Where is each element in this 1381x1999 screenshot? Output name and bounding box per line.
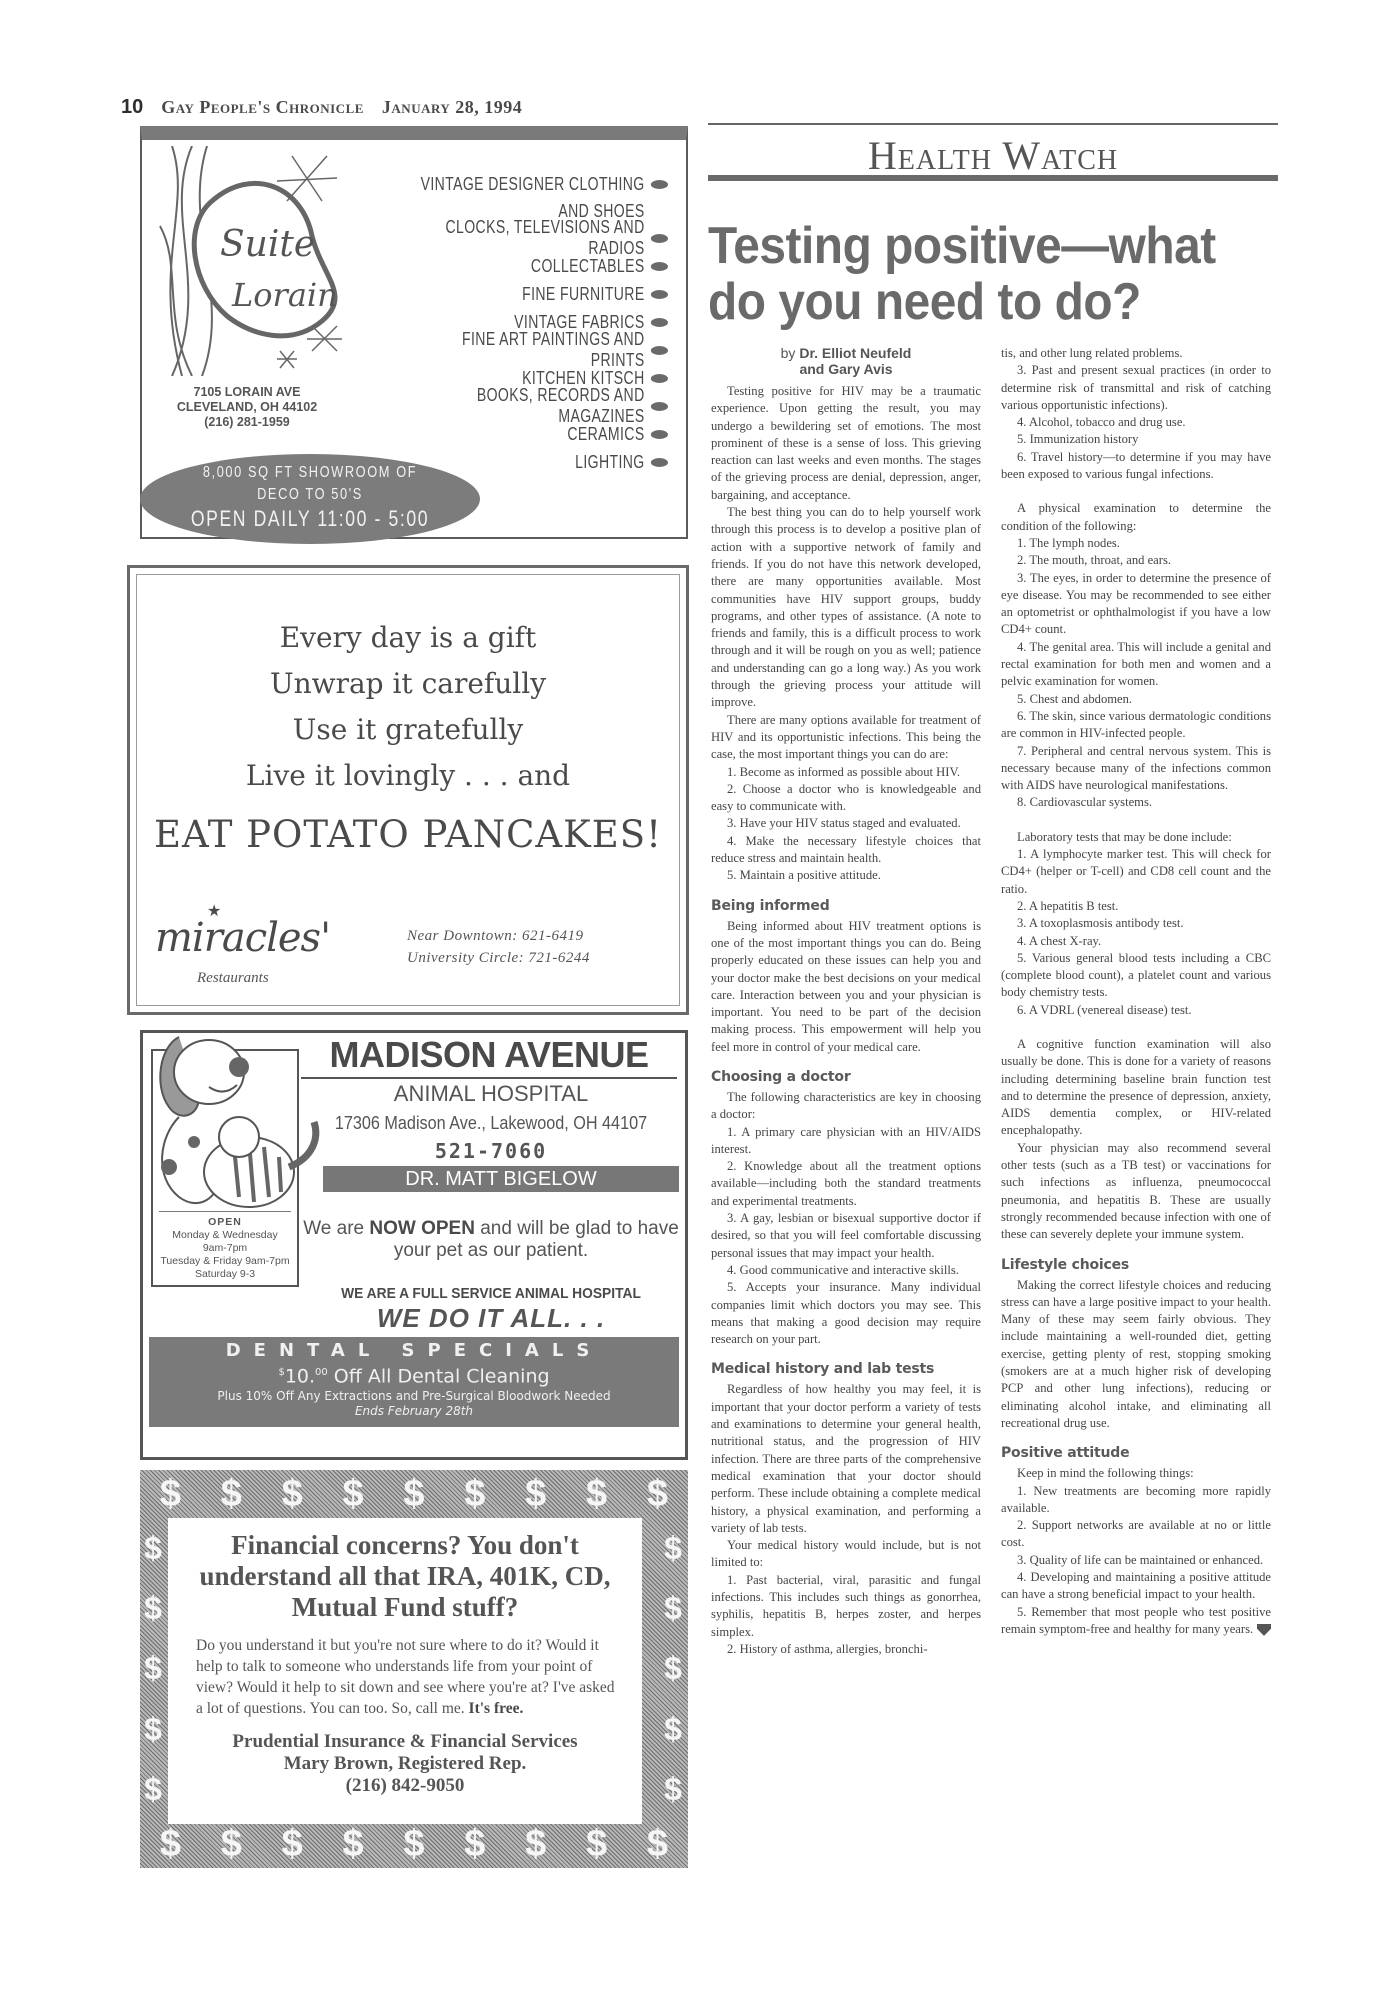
subhead-choosing-doctor: Choosing a doctor: [711, 1068, 981, 1086]
list-item: 1. A lymphocyte marker test. This will c…: [1001, 846, 1271, 898]
article-column-1: by Dr. Elliot Neufeld and Gary Avis Test…: [711, 345, 981, 1658]
madison-phone: 521-7060: [303, 1139, 679, 1163]
paragraph: tis, and other lung related problems.: [1001, 345, 1271, 362]
list-item: 3. A toxoplasmosis antibody test.: [1001, 915, 1271, 932]
suite-lorain-logo-icon: Suite Lorain: [152, 146, 352, 376]
suite-lorain-address: 7105 LORAIN AVE CLEVELAND, OH 44102 (216…: [142, 385, 352, 430]
issue-date: January 28, 1994: [382, 97, 522, 118]
paragraph: There are many options available for tre…: [711, 712, 981, 764]
list-item: Ceramics: [411, 420, 668, 448]
dollar-sign-icon: $: [282, 1473, 303, 1516]
dollar-sign-icon: $: [342, 1473, 363, 1516]
paragraph: Being informed about HIV treatment optio…: [711, 918, 981, 1056]
dollar-sign-icon: $: [664, 1650, 682, 1687]
madison-we-do-it-all: WE DO IT ALL. . .: [303, 1303, 679, 1334]
miracles-slogan: EAT POTATO PANCAKES!: [137, 813, 679, 856]
list-item: 5. Maintain a positive attitude.: [711, 867, 981, 884]
ad-suite-lorain: Suite Lorain 7105 LORAIN AVE CLEVELAND, …: [140, 126, 688, 539]
subhead-lifestyle-choices: Lifestyle choices: [1001, 1256, 1271, 1274]
subhead-being-informed: Being informed: [711, 897, 981, 915]
list-item: 8. Cardiovascular systems.: [1001, 794, 1271, 811]
list-item: 5. Various general blood tests including…: [1001, 950, 1271, 1002]
dollar-sign-icon: $: [342, 1823, 363, 1866]
bullet-icon: [651, 290, 668, 299]
list-item: 4. The genital area. This will include a…: [1001, 639, 1271, 691]
ad-prudential-financial: $ $ $ $ $ $ $ $ $ $ $ $ $ $ $ $ $ $ $ $ …: [140, 1470, 688, 1868]
dollar-sign-icon: $: [664, 1771, 682, 1808]
bullet-icon: [651, 430, 668, 439]
paragraph: Testing positive for HIV may be a trauma…: [711, 383, 981, 504]
dollar-sign-border-left: $ $ $ $ $: [140, 1518, 166, 1820]
paragraph: Regardless of how healthy you may feel, …: [711, 1381, 981, 1537]
list-item: 6. Travel history—to determine if you ma…: [1001, 449, 1271, 484]
bullet-icon: [651, 402, 668, 411]
list-item: 4. Alcohol, tobacco and drug use.: [1001, 414, 1271, 431]
miracles-logo: ★ miracles': [155, 915, 330, 961]
list-item: 1. Become as informed as possible about …: [711, 764, 981, 781]
bullet-icon: [651, 458, 668, 467]
article-column-2: tis, and other lung related problems. 3.…: [1001, 345, 1271, 1638]
list-item: 3. A gay, lesbian or bisexual supportive…: [711, 1210, 981, 1262]
madison-doctor: DR. MATT BIGELOW: [323, 1166, 679, 1192]
list-item: Vintage Designer Clothing: [411, 170, 668, 198]
list-item: 1. New treatments are becoming more rapi…: [1001, 1483, 1271, 1518]
madison-address: 17306 Madison Ave., Lakewood, OH 44107: [322, 1113, 660, 1134]
suite-lorain-showroom-oval: 8,000 SQ FT SHOWROOM OF DECO TO 50'S OPE…: [140, 454, 480, 544]
list-item: Fine Furniture: [411, 280, 668, 308]
article-byline: by Dr. Elliot Neufeld and Gary Avis: [711, 345, 981, 377]
dollar-sign-icon: $: [144, 1530, 162, 1567]
madison-title: MADISON AVENUE: [301, 1033, 677, 1079]
list-item: 4. Developing and maintaining a positive…: [1001, 1569, 1271, 1604]
dollar-sign-icon: $: [144, 1711, 162, 1748]
dollar-sign-icon: $: [647, 1823, 668, 1866]
svg-text:Suite: Suite: [220, 224, 315, 265]
list-item: Collectables: [411, 252, 668, 280]
section-rule-top: [708, 123, 1278, 125]
dollar-sign-icon: $: [525, 1473, 546, 1516]
svg-text:Lorain: Lorain: [231, 276, 338, 314]
list-item: Books, Records and Magazines: [411, 392, 668, 420]
dollar-sign-border-top: $ $ $ $ $ $ $ $ $: [140, 1472, 688, 1516]
list-item: 2. Choose a doctor who is knowledgeable …: [711, 781, 981, 816]
miracles-phone-numbers: Near Downtown: 621-6419 University Circl…: [407, 925, 590, 969]
bullet-icon: [651, 318, 668, 327]
bullet-icon: [651, 346, 668, 355]
dollar-sign-icon: $: [221, 1473, 242, 1516]
dollar-sign-icon: $: [664, 1590, 682, 1627]
list-item: 3. Past and present sexual practices (in…: [1001, 362, 1271, 414]
list-item: 2. Support networks are available at no …: [1001, 1517, 1271, 1552]
list-item: 3. Have your HIV status staged and evalu…: [711, 815, 981, 832]
paragraph: Your medical history would include, but …: [711, 1537, 981, 1572]
paragraph: Laboratory tests that may be done includ…: [1001, 829, 1271, 846]
list-item: 1. Past bacterial, viral, parasitic and …: [711, 1572, 981, 1641]
dollar-sign-icon: $: [144, 1650, 162, 1687]
list-item: 1. The lymph nodes.: [1001, 535, 1271, 552]
dollar-sign-icon: $: [282, 1823, 303, 1866]
list-item: Fine Art Paintings and Prints: [411, 336, 668, 364]
ad-inner-border: Every day is a gift Unwrap it carefully …: [136, 574, 680, 1006]
paragraph: Keep in mind the following things:: [1001, 1465, 1271, 1482]
bullet-icon: [651, 374, 668, 383]
dollar-sign-icon: $: [647, 1473, 668, 1516]
dollar-sign-icon: $: [664, 1530, 682, 1567]
paragraph: Making the correct lifestyle choices and…: [1001, 1277, 1271, 1433]
prudential-body: Do you understand it but you're not sure…: [168, 1623, 642, 1719]
prudential-content-box: Financial concerns? You don't understand…: [168, 1518, 642, 1824]
list-item: Clocks, Televisions and Radios: [411, 224, 668, 252]
list-item: 5. Accepts your insurance. Many individu…: [711, 1279, 981, 1348]
ad-madison-animal-hospital: OPEN Monday & Wednesday 9am-7pm Tuesday …: [140, 1030, 688, 1460]
list-item: 4. A chest X-ray.: [1001, 933, 1271, 950]
dollar-sign-icon: $: [586, 1473, 607, 1516]
dollar-sign-icon: $: [221, 1823, 242, 1866]
miracles-logo-subtitle: Restaurants: [197, 970, 269, 987]
dollar-sign-icon: $: [144, 1771, 162, 1808]
dollar-sign-icon: $: [464, 1823, 485, 1866]
list-item: 2. A hepatitis B test.: [1001, 898, 1271, 915]
article-end-mark-icon: [1257, 1624, 1271, 1636]
page-number: 10: [121, 96, 143, 119]
subhead-medical-history: Medical history and lab tests: [711, 1360, 981, 1378]
list-item: Lighting: [411, 448, 668, 476]
page-masthead: 10 Gay People's Chronicle January 28, 19…: [121, 96, 741, 124]
dollar-sign-icon: $: [144, 1590, 162, 1627]
dollar-sign-icon: $: [464, 1473, 485, 1516]
ad-miracles-restaurants: Every day is a gift Unwrap it carefully …: [127, 565, 689, 1015]
dollar-sign-icon: $: [525, 1823, 546, 1866]
publication-name: Gay People's Chronicle: [161, 97, 364, 118]
madison-subtitle: ANIMAL HOSPITAL: [303, 1081, 679, 1107]
dollar-sign-icon: $: [586, 1823, 607, 1866]
paragraph: The best thing you can do to help yourse…: [711, 504, 981, 712]
section-title: Health Watch: [708, 132, 1278, 179]
bullet-icon: [651, 180, 668, 189]
list-item: 5. Remember that most people who test po…: [1001, 1604, 1271, 1639]
list-item: 6. A VDRL (venereal disease) test.: [1001, 1002, 1271, 1019]
list-item: 6. The skin, since various dermatologic …: [1001, 708, 1271, 743]
list-item: 2. Knowledge about all the treatment opt…: [711, 1158, 981, 1210]
bullet-icon: [651, 234, 668, 243]
star-icon: ★: [207, 901, 220, 920]
dollar-sign-icon: $: [160, 1473, 181, 1516]
list-item: 1. A primary care physician with an HIV/…: [711, 1124, 981, 1159]
paragraph: A physical examination to determine the …: [1001, 500, 1271, 535]
paragraph: A cognitive function examination will al…: [1001, 1036, 1271, 1140]
list-item: 7. Peripheral and central nervous system…: [1001, 743, 1271, 795]
list-item: 5. Chest and abdomen.: [1001, 691, 1271, 708]
list-item: 2. History of asthma, allergies, bronchi…: [711, 1641, 981, 1658]
dollar-sign-icon: $: [403, 1473, 424, 1516]
list-item: 5. Immunization history: [1001, 431, 1271, 448]
miracles-poem: Every day is a gift Unwrap it carefully …: [137, 615, 679, 799]
suite-lorain-item-list: Vintage Designer Clothing and Shoes Cloc…: [338, 170, 668, 476]
list-item: 4. Good communicative and interactive sk…: [711, 1262, 981, 1279]
madison-full-service: WE ARE A FULL SERVICE ANIMAL HOSPITAL: [318, 1285, 664, 1302]
dollar-sign-icon: $: [403, 1823, 424, 1866]
list-item: 3. The eyes, in order to determine the p…: [1001, 570, 1271, 639]
dollar-sign-icon: $: [160, 1823, 181, 1866]
article-headline: Testing positive—what do you need to do?: [708, 218, 1232, 330]
list-item: 2. The mouth, throat, and ears.: [1001, 552, 1271, 569]
dollar-sign-border-bottom: $ $ $ $ $ $ $ $ $: [140, 1822, 688, 1866]
paragraph: The following characteristics are key in…: [711, 1089, 981, 1124]
dollar-sign-border-right: $ $ $ $ $: [660, 1518, 686, 1820]
subhead-positive-attitude: Positive attitude: [1001, 1444, 1271, 1462]
section-rule-bottom: [708, 175, 1278, 181]
dollar-sign-icon: $: [664, 1711, 682, 1748]
prudential-signature: Prudential Insurance & Financial Service…: [168, 1719, 642, 1797]
list-item: 3. Quality of life can be maintained or …: [1001, 1552, 1271, 1569]
madison-dental-specials: DENTAL SPECIALS $10.00 Off All Dental Cl…: [149, 1337, 679, 1427]
bullet-icon: [651, 262, 668, 271]
madison-now-open: We are NOW OPEN and will be glad to have…: [303, 1218, 679, 1262]
paragraph: Your physician may also recommend severa…: [1001, 1140, 1271, 1244]
list-item: 4. Make the necessary lifestyle choices …: [711, 833, 981, 868]
prudential-headline: Financial concerns? You don't understand…: [168, 1518, 642, 1623]
